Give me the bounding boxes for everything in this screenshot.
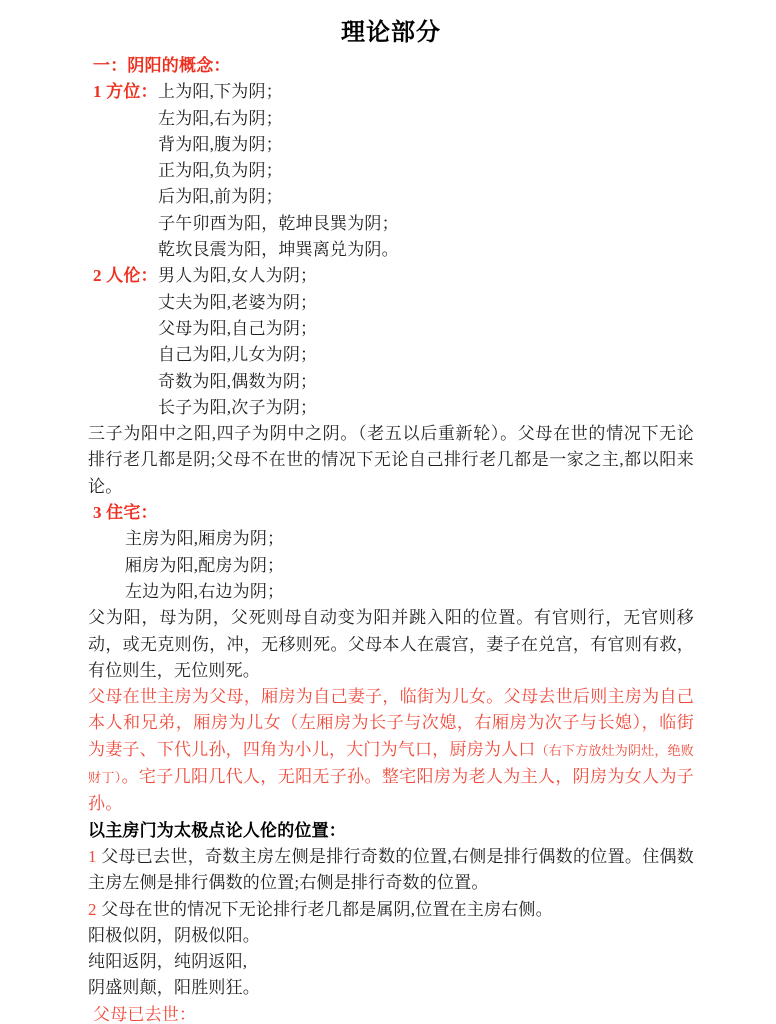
paragraph: 父母在世主房为父母，厢房为自己妻子，临街为儿女。父母去世后则主房为自己本人和兄弟… bbox=[88, 684, 694, 817]
text-segment: 父母已去世： bbox=[93, 1005, 196, 1024]
paragraph: 阳极似阴，阴极似阳。 bbox=[88, 923, 694, 949]
text-segment: 阴盛则颠，阳胜则狂。 bbox=[88, 978, 260, 997]
text-segment: 3 住宅： bbox=[93, 503, 158, 522]
text-segment: 男人为阳,女人为阴； bbox=[158, 266, 317, 285]
text-segment: 父母在世的情况下无论排行老几都是属阴,位置在主房右侧。 bbox=[101, 900, 553, 919]
paragraph: 2 父母在世的情况下无论排行老几都是属阴,位置在主房右侧。 bbox=[88, 897, 694, 923]
text-segment: 后为阳,前为阴； bbox=[158, 187, 283, 206]
text-segment: 厢房为阳,配房为阴； bbox=[125, 556, 284, 575]
list-line: 2 人伦：男人为阳,女人为阴； bbox=[88, 263, 694, 289]
text-segment: 正为阳,负为阴； bbox=[158, 161, 283, 180]
list-line: 后为阳,前为阴； bbox=[158, 184, 694, 210]
paragraph: 阴盛则颠，阳胜则狂。 bbox=[88, 975, 694, 1001]
list-line: 乾坎艮震为阳，坤巽离兑为阴。 bbox=[158, 237, 694, 263]
paragraph: 父为阳，母为阴，父死则母自动变为阳并跳入阳的位置。有官则行，无官则移动，或无克则… bbox=[88, 605, 694, 684]
document-body: 一：阴阳的概念：1 方位：上为阳,下为阴；左为阳,右为阴；背为阳,腹为阴；正为阳… bbox=[88, 53, 694, 1024]
list-line: 左为阳,右为阴； bbox=[158, 106, 694, 132]
text-segment: 主房为阳,厢房为阴； bbox=[125, 529, 284, 548]
list-line: 1 方位：上为阳,下为阴； bbox=[88, 79, 694, 105]
text-segment: 左为阳,右为阴； bbox=[158, 109, 283, 128]
text-segment: 奇数为阳,偶数为阴； bbox=[158, 372, 317, 391]
text-segment: 父母为阳,自己为阴； bbox=[158, 319, 317, 338]
list-text: 上为阳,下为阴； bbox=[158, 79, 694, 105]
text-segment: 上为阳,下为阴； bbox=[158, 82, 283, 101]
text-segment: 三子为阳中之阳,四子为阴中之阴。（老五以后重新轮）。父母在世的情况下无论排行老几… bbox=[88, 424, 694, 496]
text-segment: 纯阳返阴，纯阴返阳, bbox=[88, 952, 247, 971]
list-line: 奇数为阳,偶数为阴； bbox=[158, 369, 694, 395]
paragraph: 纯阳返阴，纯阴返阳, bbox=[88, 949, 694, 975]
list-line: 厢房为阳,配房为阴； bbox=[125, 553, 694, 579]
text-segment: 自己为阳,儿女为阴； bbox=[158, 345, 317, 364]
text-segment: 。宅子几阳几代人，无阳无子孙。整宅阳房为老人为主人，阴房为女人为子孙。 bbox=[88, 767, 694, 813]
list-line: 父母为阳,自己为阴； bbox=[158, 316, 694, 342]
text-segment: 背为阳,腹为阴； bbox=[158, 135, 283, 154]
text-segment: 丈夫为阳,老婆为阴； bbox=[158, 293, 317, 312]
text-segment: 父为阳，母为阴，父死则母自动变为阳并跳入阳的位置。有官则行，无官则移动，或无克则… bbox=[88, 608, 694, 680]
section-heading: 3 住宅： bbox=[88, 500, 694, 526]
document-page: 理论部分 一：阴阳的概念：1 方位：上为阳,下为阴；左为阳,右为阴；背为阳,腹为… bbox=[0, 0, 776, 1024]
section-heading: 一：阴阳的概念： bbox=[88, 53, 694, 79]
list-line: 丈夫为阳,老婆为阴； bbox=[158, 290, 694, 316]
section-heading: 父母已去世： bbox=[88, 1002, 694, 1024]
list-line: 长子为阳,次子为阴； bbox=[158, 395, 694, 421]
text-segment: 子午卯酉为阳，乾坤艮巽为阴； bbox=[158, 214, 399, 233]
paragraph: 1 父母已去世，奇数主房左侧是排行奇数的位置,右侧是排行偶数的位置。住偶数主房左… bbox=[88, 844, 694, 897]
list-line: 子午卯酉为阳，乾坤艮巽为阴； bbox=[158, 211, 694, 237]
list-line: 正为阳,负为阴； bbox=[158, 158, 694, 184]
text-segment: 2 bbox=[88, 900, 101, 919]
list-text: 男人为阳,女人为阴； bbox=[158, 263, 694, 289]
paragraph: 以主房门为太极点论人伦的位置： bbox=[88, 818, 694, 844]
text-segment: 1 bbox=[88, 847, 101, 866]
list-label: 1 方位： bbox=[88, 79, 158, 105]
document-title: 理论部分 bbox=[88, 16, 694, 50]
text-segment: 一：阴阳的概念： bbox=[93, 56, 231, 75]
text-segment: 以主房门为太极点论人伦的位置： bbox=[88, 821, 346, 840]
list-line: 主房为阳,厢房为阴； bbox=[125, 526, 694, 552]
text-segment: 乾坎艮震为阳，坤巽离兑为阴。 bbox=[158, 240, 399, 259]
paragraph: 三子为阳中之阳,四子为阴中之阴。（老五以后重新轮）。父母在世的情况下无论排行老几… bbox=[88, 421, 694, 500]
list-line: 左边为阳,右边为阴； bbox=[125, 579, 694, 605]
list-line: 背为阳,腹为阴； bbox=[158, 132, 694, 158]
text-segment: 长子为阳,次子为阴； bbox=[158, 398, 317, 417]
list-label: 2 人伦： bbox=[88, 263, 158, 289]
list-line: 自己为阳,儿女为阴； bbox=[158, 342, 694, 368]
text-segment: 阳极似阴，阴极似阳。 bbox=[88, 926, 260, 945]
text-segment: 父母已去世，奇数主房左侧是排行奇数的位置,右侧是排行偶数的位置。住偶数主房左侧是… bbox=[88, 847, 694, 892]
text-segment: 左边为阳,右边为阴； bbox=[125, 582, 284, 601]
